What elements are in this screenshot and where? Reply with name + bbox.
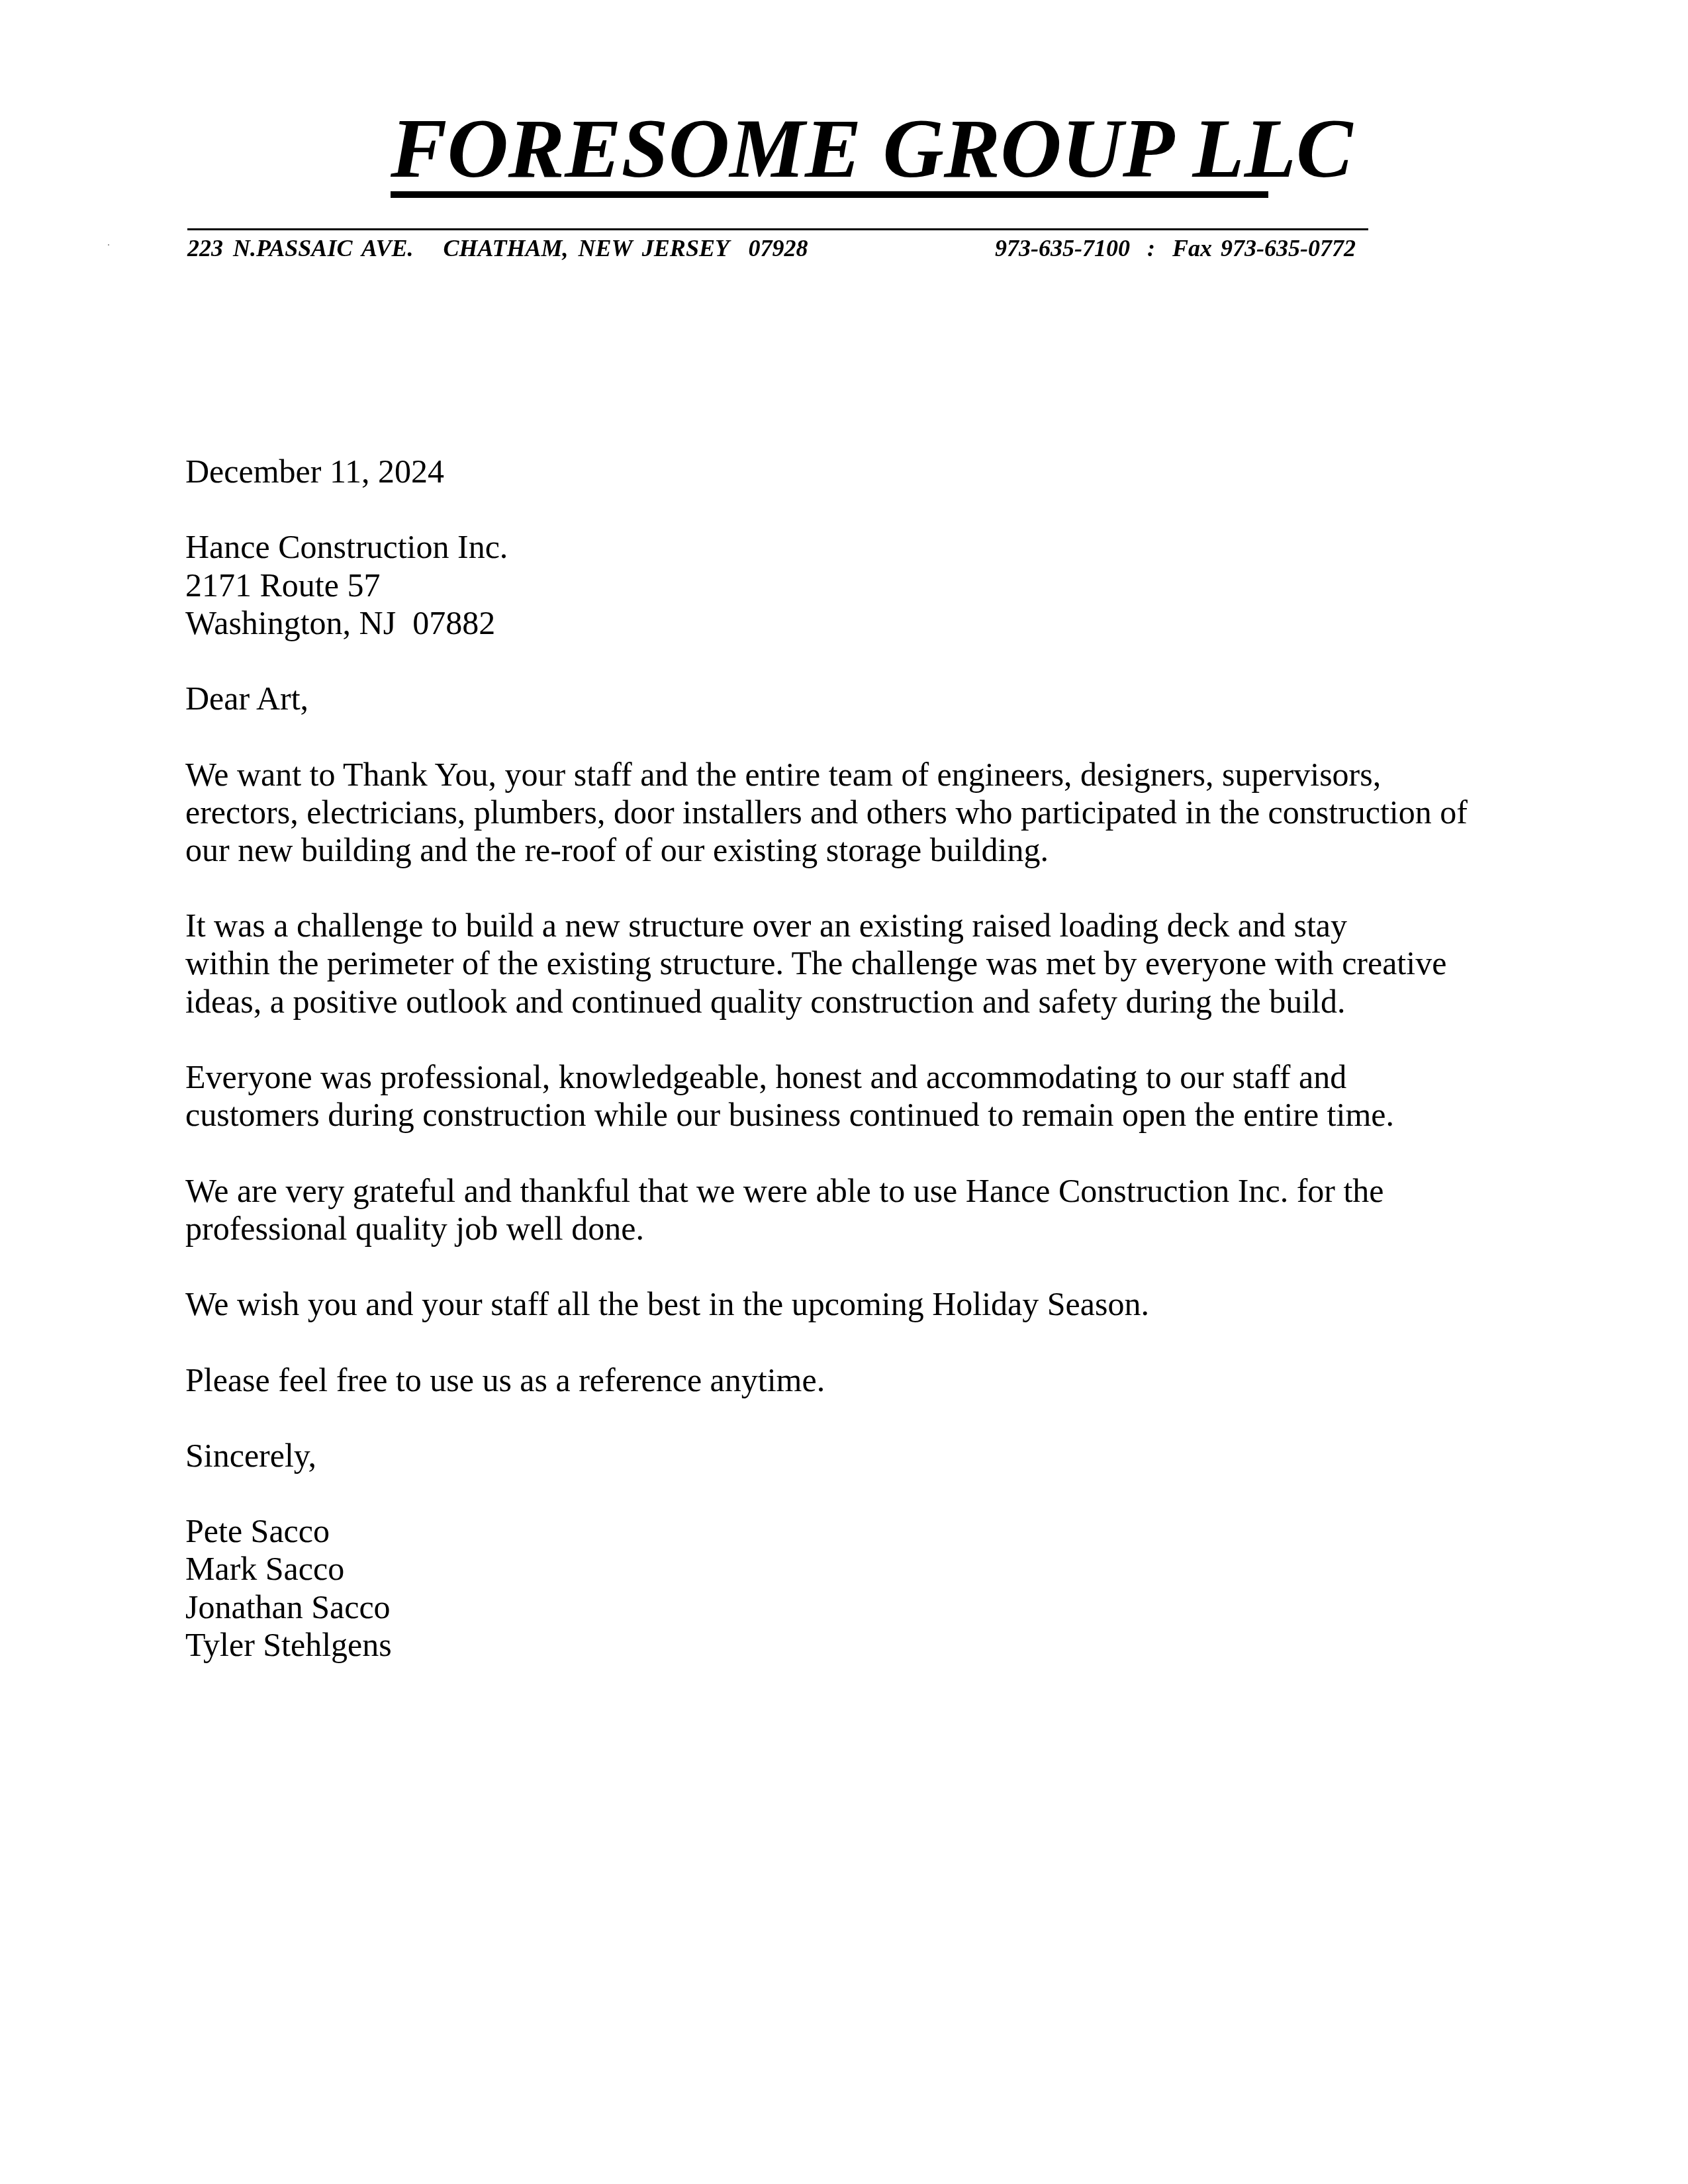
signatory-name: Jonathan Sacco	[185, 1588, 1509, 1626]
spacer	[185, 1475, 1509, 1512]
company-name: FORESOME GROUP LLC	[391, 106, 1271, 191]
paragraph-line: We want to Thank You, your staff and the…	[185, 756, 1509, 794]
paragraph-line: professional quality job well done.	[185, 1210, 1509, 1248]
paragraph-line: customers during construction while our …	[185, 1096, 1509, 1134]
company-phone-fax: 973-635-7100 : Fax 973-635-0772	[995, 236, 1356, 260]
closing: Sincerely,	[185, 1437, 1509, 1475]
company-name-underline	[391, 191, 1268, 198]
paragraph: We want to Thank You, your staff and the…	[185, 756, 1509, 870]
recipient-name: Hance Construction Inc.	[185, 528, 1509, 566]
spacer	[185, 717, 1509, 755]
spacer	[185, 1399, 1509, 1437]
paragraph: We are very grateful and thankful that w…	[185, 1172, 1509, 1248]
salutation: Dear Art,	[185, 680, 1509, 717]
paragraph: We wish you and your staff all the best …	[185, 1285, 1509, 1323]
recipient-city-state-zip: Washington, NJ 07882	[185, 604, 1509, 642]
spacer	[185, 642, 1509, 680]
company-address: 223 N.PASSAIC AVE. CHATHAM, NEW JERSEY 0…	[187, 236, 808, 260]
paragraph: Everyone was professional, knowledgeable…	[185, 1058, 1509, 1134]
signatories: Pete SaccoMark SaccoJonathan SaccoTyler …	[185, 1512, 1509, 1664]
spacer	[185, 490, 1509, 528]
paragraph-line: ideas, a positive outlook and continued …	[185, 983, 1509, 1021]
signatory-name: Tyler Stehlgens	[185, 1626, 1509, 1664]
paragraph: Please feel free to use us as a referenc…	[185, 1361, 1509, 1399]
scan-speck	[108, 244, 109, 246]
spacer	[185, 1134, 1509, 1171]
paragraph-line: erectors, electricians, plumbers, door i…	[185, 794, 1509, 831]
paragraph-line: Please feel free to use us as a referenc…	[185, 1361, 1509, 1399]
paragraph: It was a challenge to build a new struct…	[185, 907, 1509, 1021]
paragraph-line: We wish you and your staff all the best …	[185, 1285, 1509, 1323]
header-rule	[187, 228, 1368, 230]
paragraph-line: within the perimeter of the existing str…	[185, 944, 1509, 982]
spacer	[185, 1323, 1509, 1361]
recipient-street: 2171 Route 57	[185, 567, 1509, 604]
letter-date: December 11, 2024	[185, 453, 1509, 490]
paragraph-line: Everyone was professional, knowledgeable…	[185, 1058, 1509, 1096]
signatory-name: Pete Sacco	[185, 1512, 1509, 1550]
recipient-address: Hance Construction Inc. 2171 Route 57 Wa…	[185, 528, 1509, 642]
spacer	[185, 1021, 1509, 1058]
spacer	[185, 1248, 1509, 1285]
spacer	[185, 869, 1509, 907]
paragraph-line: We are very grateful and thankful that w…	[185, 1172, 1509, 1210]
letter-body: December 11, 2024 Hance Construction Inc…	[185, 453, 1509, 1664]
paragraph-line: It was a challenge to build a new struct…	[185, 907, 1509, 944]
signatory-name: Mark Sacco	[185, 1550, 1509, 1588]
paragraph-line: our new building and the re-roof of our …	[185, 831, 1509, 869]
letter-paragraphs: We want to Thank You, your staff and the…	[185, 756, 1509, 1437]
